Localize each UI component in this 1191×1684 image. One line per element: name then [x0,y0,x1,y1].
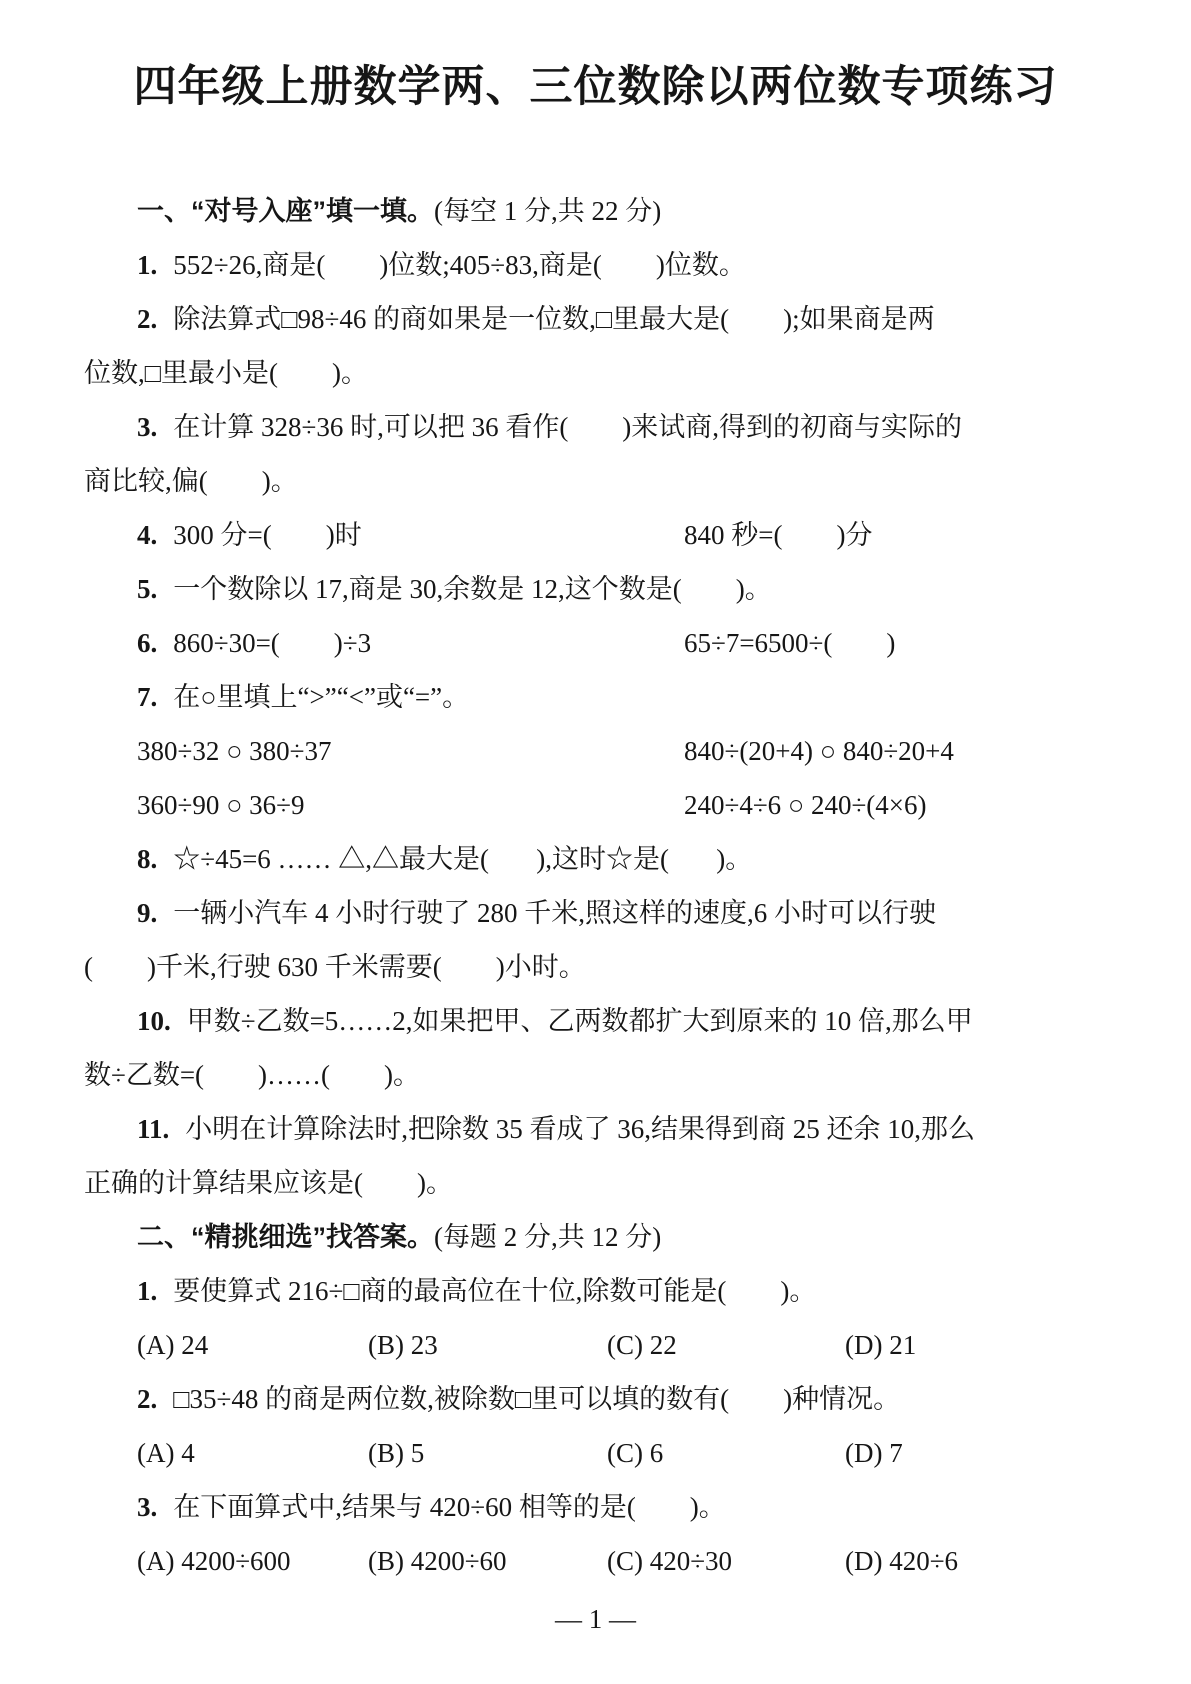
s1-question-6: 6.860÷30=( )÷365÷7=6500÷( ) [84,616,1123,670]
s1-question-11-line-2: 正确的计算结果应该是( )。 [84,1156,1123,1210]
compare-row-1-right: 840÷(20+4) ○ 840÷20+4 [684,724,1123,778]
s1-question-3-text-1: 在计算 328÷36 时,可以把 36 看作( )来试商,得到的初商与实际的 [173,412,962,442]
s2-question-1-text: 要使算式 216÷□商的最高位在十位,除数可能是( )。 [173,1276,816,1306]
s1-question-10-line-1: 10.甲数÷乙数=5……2,如果把甲、乙两数都扩大到原来的 10 倍,那么甲 [84,994,1123,1048]
s2-q3-option-c: (C) 420÷30 [607,1534,845,1588]
s1-question-2-text-1: 除法算式□98÷46 的商如果是一位数,□里最大是( );如果商是两 [173,304,934,334]
s1-question-4-right-text: 840 秒=( )分 [684,508,1123,562]
s1-question-10-text-2: 数÷乙数=( )……( )。 [84,1060,420,1090]
s2-q3-option-a: (A) 4200÷600 [137,1534,368,1588]
s1-question-9-line-1: 9.一辆小汽车 4 小时行驶了 280 千米,照这样的速度,6 小时可以行驶 [84,886,1123,940]
s2-q1-option-d: (D) 21 [845,1318,1123,1372]
page-number: — 1 — [0,1594,1191,1644]
s2-q2-option-c: (C) 6 [607,1426,845,1480]
s2-q2-option-d: (D) 7 [845,1426,1123,1480]
s1-question-11-number: 11. [137,1114,169,1144]
s1-question-8: 8.☆÷45=6 …… △,△最大是( ),这时☆是( )。 [84,832,1123,886]
s1-question-6-number: 6. [137,628,157,658]
s1-question-7-compare-row-2: 360÷90 ○ 36÷9240÷4÷6 ○ 240÷(4×6) [84,778,1123,832]
s1-question-8-number: 8. [137,844,157,874]
s2-q1-option-b: (B) 23 [368,1318,607,1372]
s2-question-1: 1.要使算式 216÷□商的最高位在十位,除数可能是( )。 [84,1264,1123,1318]
s1-question-4: 4.300 分=( )时840 秒=( )分 [84,508,1123,562]
s1-question-9-line-2: ( )千米,行驶 630 千米需要( )小时。 [84,940,1123,994]
s2-question-2-options: (A) 4(B) 5(C) 6(D) 7 [84,1426,1123,1480]
section2-heading-note: (每题 2 分,共 12 分) [434,1222,661,1252]
s1-question-2-line-1: 2.除法算式□98÷46 的商如果是一位数,□里最大是( );如果商是两 [84,292,1123,346]
s2-question-3-number: 3. [137,1492,157,1522]
s2-q2-option-a: (A) 4 [137,1426,368,1480]
s1-question-2-line-2: 位数,□里最小是( )。 [84,346,1123,400]
s1-question-2-number: 2. [137,304,157,334]
s1-question-7-text: 在○里填上“>”“<”或“=”。 [173,682,469,712]
compare-row-2-right: 240÷4÷6 ○ 240÷(4×6) [684,778,1123,832]
s2-question-3: 3.在下面算式中,结果与 420÷60 相等的是( )。 [84,1480,1123,1534]
s1-question-1-text: 552÷26,商是( )位数;405÷83,商是( )位数。 [173,250,746,280]
s1-question-1-number: 1. [137,250,157,280]
s2-question-2: 2.□35÷48 的商是两位数,被除数□里可以填的数有( )种情况。 [84,1372,1123,1426]
section1-heading-note: (每空 1 分,共 22 分) [434,196,661,226]
s1-question-10-number: 10. [137,1006,171,1036]
s1-question-11-text-1: 小明在计算除法时,把除数 35 看成了 36,结果得到商 25 还余 10,那么 [185,1114,975,1144]
s2-question-3-text: 在下面算式中,结果与 420÷60 相等的是( )。 [173,1492,726,1522]
s1-question-10-line-2: 数÷乙数=( )……( )。 [84,1048,1123,1102]
s1-question-4-left-text: 300 分=( )时 [173,520,361,550]
s2-question-3-options: (A) 4200÷600(B) 4200÷60(C) 420÷30(D) 420… [84,1534,1123,1588]
s1-question-6-left: 6.860÷30=( )÷3 [84,616,684,670]
s1-question-3-text-2: 商比较,偏( )。 [84,466,298,496]
s2-q3-option-d: (D) 420÷6 [845,1534,1123,1588]
section2-heading: 二、“精挑细选”找答案。(每题 2 分,共 12 分) [84,1210,1123,1264]
section2-heading-title: 二、“精挑细选”找答案。 [137,1222,434,1252]
s1-question-6-left-text: 860÷30=( )÷3 [173,628,371,658]
compare-row-2-left: 360÷90 ○ 36÷9 [84,778,684,832]
s2-q1-option-a: (A) 24 [137,1318,368,1372]
s1-question-10-text-1: 甲数÷乙数=5……2,如果把甲、乙两数都扩大到原来的 10 倍,那么甲 [187,1006,973,1036]
s1-question-4-number: 4. [137,520,157,550]
s1-question-7-number: 7. [137,682,157,712]
worksheet-body: 一、“对号入座”填一填。(每空 1 分,共 22 分) 1.552÷26,商是(… [0,184,1191,1588]
s2-question-1-options: (A) 24(B) 23(C) 22(D) 21 [84,1318,1123,1372]
worksheet-page: 四年级上册数学两、三位数除以两位数专项练习 一、“对号入座”填一填。(每空 1 … [0,0,1191,1684]
s1-question-7-compare-row-1: 380÷32 ○ 380÷37840÷(20+4) ○ 840÷20+4 [84,724,1123,778]
s2-q1-option-c: (C) 22 [607,1318,845,1372]
section1-heading: 一、“对号入座”填一填。(每空 1 分,共 22 分) [84,184,1123,238]
s1-question-9-number: 9. [137,898,157,928]
s1-question-5-number: 5. [137,574,157,604]
s1-question-7: 7.在○里填上“>”“<”或“=”。 [84,670,1123,724]
s1-question-1: 1.552÷26,商是( )位数;405÷83,商是( )位数。 [84,238,1123,292]
s1-question-11-line-1: 11.小明在计算除法时,把除数 35 看成了 36,结果得到商 25 还余 10… [84,1102,1123,1156]
s1-question-5-text: 一个数除以 17,商是 30,余数是 12,这个数是( )。 [173,574,771,604]
s1-question-6-right-text: 65÷7=6500÷( ) [684,616,1123,670]
s1-question-2-text-2: 位数,□里最小是( )。 [84,358,368,388]
s2-question-2-text: □35÷48 的商是两位数,被除数□里可以填的数有( )种情况。 [173,1384,900,1414]
s1-question-9-text-1: 一辆小汽车 4 小时行驶了 280 千米,照这样的速度,6 小时可以行驶 [173,898,936,928]
s1-question-3-line-2: 商比较,偏( )。 [84,454,1123,508]
s1-question-3-number: 3. [137,412,157,442]
page-title: 四年级上册数学两、三位数除以两位数专项练习 [0,0,1191,110]
s1-question-11-text-2: 正确的计算结果应该是( )。 [84,1168,453,1198]
s1-question-4-left: 4.300 分=( )时 [84,508,684,562]
s2-question-1-number: 1. [137,1276,157,1306]
section1-heading-title: 一、“对号入座”填一填。 [137,196,434,226]
s1-question-3-line-1: 3.在计算 328÷36 时,可以把 36 看作( )来试商,得到的初商与实际的 [84,400,1123,454]
s1-question-8-text: ☆÷45=6 …… △,△最大是( ),这时☆是( )。 [173,844,752,874]
s1-question-5: 5.一个数除以 17,商是 30,余数是 12,这个数是( )。 [84,562,1123,616]
compare-row-1-left: 380÷32 ○ 380÷37 [84,724,684,778]
s2-q3-option-b: (B) 4200÷60 [368,1534,607,1588]
s1-question-9-text-2: ( )千米,行驶 630 千米需要( )小时。 [84,952,586,982]
s2-q2-option-b: (B) 5 [368,1426,607,1480]
s2-question-2-number: 2. [137,1384,157,1414]
